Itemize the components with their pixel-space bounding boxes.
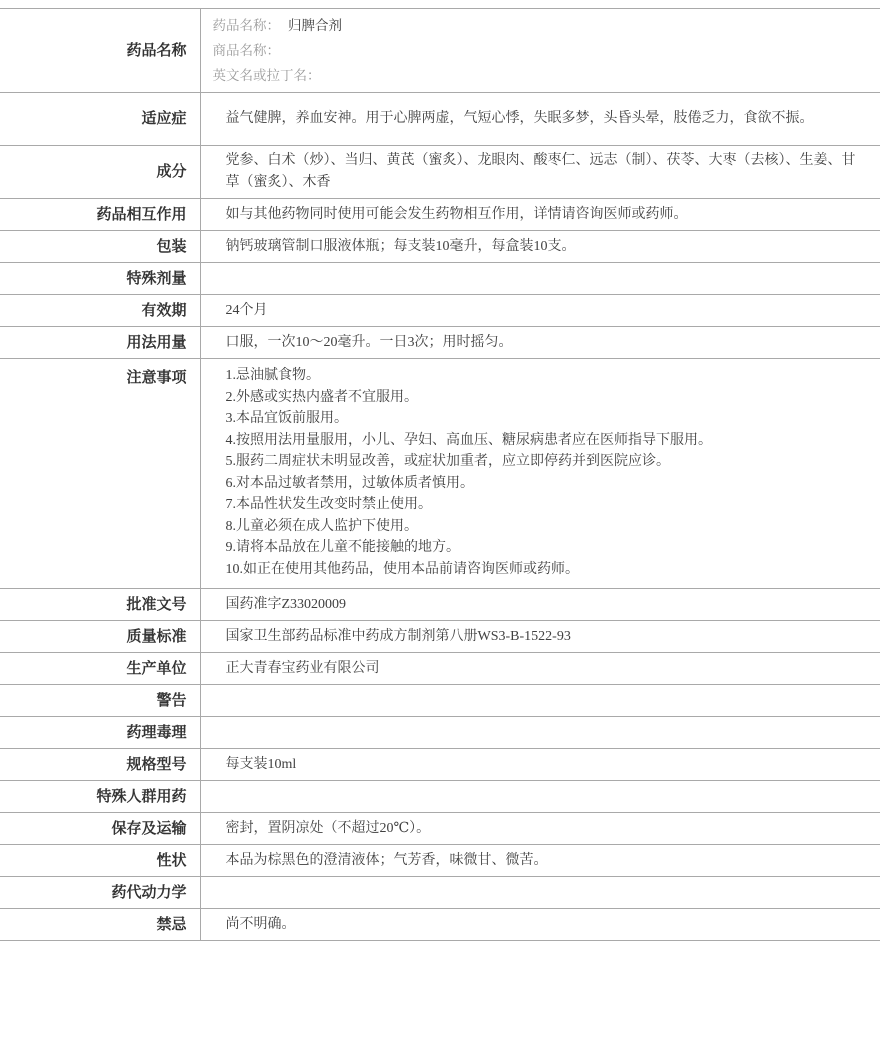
table-row-contraindications: 禁忌 尚不明确。 xyxy=(0,909,880,941)
precaution-item: 6.对本品过敏者禁用，过敏体质者慎用。 xyxy=(226,473,865,495)
table-row-manufacturer: 生产单位 正大青春宝药业有限公司 xyxy=(0,653,880,685)
row-label: 保存及运输 xyxy=(0,813,200,845)
table-row-drug-name: 药品名称 药品名称：归脾合剂 商品名称： 英文名或拉丁名： xyxy=(0,9,880,93)
table-row-precautions: 注意事项 1.忌油腻食物。 2.外感或实热内盛者不宜服用。 3.本品宜饭前服用。… xyxy=(0,359,880,589)
table-row-quality-standard: 质量标准 国家卫生部药品标准中药成方制剂第八册WS3-B-1522-93 xyxy=(0,621,880,653)
table-row-pharmacology-toxicology: 药理毒理 xyxy=(0,717,880,749)
row-value: 益气健脾，养血安神。用于心脾两虚，气短心悸，失眠多梦，头昏头晕，肢倦乏力，食欲不… xyxy=(200,93,880,146)
row-label: 用法用量 xyxy=(0,327,200,359)
row-label: 性状 xyxy=(0,845,200,877)
precaution-item: 9.请将本品放在儿童不能接触的地方。 xyxy=(226,537,865,559)
row-value: 如与其他药物同时使用可能会发生药物相互作用，详情请咨询医师或药师。 xyxy=(200,199,880,231)
row-label: 药品相互作用 xyxy=(0,199,200,231)
row-value: 1.忌油腻食物。 2.外感或实热内盛者不宜服用。 3.本品宜饭前服用。 4.按照… xyxy=(200,359,880,589)
row-label: 药代动力学 xyxy=(0,877,200,909)
row-label: 特殊剂量 xyxy=(0,263,200,295)
table-row-shelf-life: 有效期 24个月 xyxy=(0,295,880,327)
table-row-storage-transport: 保存及运输 密封，置阴凉处（不超过20℃）。 xyxy=(0,813,880,845)
row-value xyxy=(200,263,880,295)
table-row-usage-dosage: 用法用量 口服，一次10～20毫升。一日3次；用时摇匀。 xyxy=(0,327,880,359)
row-value xyxy=(200,717,880,749)
row-label: 禁忌 xyxy=(0,909,200,941)
row-label: 有效期 xyxy=(0,295,200,327)
row-value: 每支装10ml xyxy=(200,749,880,781)
precaution-item: 3.本品宜饭前服用。 xyxy=(226,408,865,430)
drug-name-prefix: 药品名称： xyxy=(213,18,281,33)
table-row-approval-number: 批准文号 国药准字Z33020009 xyxy=(0,589,880,621)
drug-name-value: 归脾合剂 xyxy=(288,18,342,33)
precaution-item: 5.服药二周症状未明显改善，或症状加重者，应立即停药并到医院应诊。 xyxy=(226,451,865,473)
row-label: 质量标准 xyxy=(0,621,200,653)
latin-name-prefix: 英文名或拉丁名： xyxy=(213,68,321,83)
table-row-indications: 适应症 益气健脾，养血安神。用于心脾两虚，气短心悸，失眠多梦，头昏头晕，肢倦乏力… xyxy=(0,93,880,146)
table-row-special-dosage: 特殊剂量 xyxy=(0,263,880,295)
row-label: 规格型号 xyxy=(0,749,200,781)
precaution-item: 1.忌油腻食物。 xyxy=(226,365,865,387)
row-value: 本品为棕黑色的澄清液体；气芳香，味微甘、微苦。 xyxy=(200,845,880,877)
row-label: 包装 xyxy=(0,231,200,263)
table-row-pharmacokinetics: 药代动力学 xyxy=(0,877,880,909)
row-value: 口服，一次10～20毫升。一日3次；用时摇匀。 xyxy=(200,327,880,359)
drug-info-table: 药品名称 药品名称：归脾合剂 商品名称： 英文名或拉丁名： 适应症 益气健脾，养… xyxy=(0,8,880,941)
row-value: 党参、白术（炒）、当归、黄芪（蜜炙）、龙眼肉、酸枣仁、远志（制）、茯苓、大枣（去… xyxy=(200,146,880,199)
precaution-item: 8.儿童必须在成人监护下使用。 xyxy=(226,516,865,538)
precaution-item: 2.外感或实热内盛者不宜服用。 xyxy=(226,387,865,409)
row-label: 警告 xyxy=(0,685,200,717)
row-label: 生产单位 xyxy=(0,653,200,685)
latin-name-line: 英文名或拉丁名： xyxy=(213,63,865,88)
row-value xyxy=(200,877,880,909)
row-value: 国药准字Z33020009 xyxy=(200,589,880,621)
row-value xyxy=(200,685,880,717)
precaution-item: 4.按照用法用量服用，小儿、孕妇、高血压、糖尿病患者应在医师指导下服用。 xyxy=(226,430,865,452)
table-row-ingredients: 成分 党参、白术（炒）、当归、黄芪（蜜炙）、龙眼肉、酸枣仁、远志（制）、茯苓、大… xyxy=(0,146,880,199)
row-label: 成分 xyxy=(0,146,200,199)
row-label: 药理毒理 xyxy=(0,717,200,749)
row-value: 国家卫生部药品标准中药成方制剂第八册WS3-B-1522-93 xyxy=(200,621,880,653)
row-value: 尚不明确。 xyxy=(200,909,880,941)
drug-name-line: 药品名称：归脾合剂 xyxy=(213,13,865,38)
table-row-properties: 性状 本品为棕黑色的澄清液体；气芳香，味微甘、微苦。 xyxy=(0,845,880,877)
row-label: 注意事项 xyxy=(0,359,200,589)
table-row-specification: 规格型号 每支装10ml xyxy=(0,749,880,781)
row-label: 药品名称 xyxy=(0,9,200,93)
row-label: 特殊人群用药 xyxy=(0,781,200,813)
table-row-interactions: 药品相互作用 如与其他药物同时使用可能会发生药物相互作用，详情请咨询医师或药师。 xyxy=(0,199,880,231)
precaution-item: 10.如正在使用其他药品，使用本品前请咨询医师或药师。 xyxy=(226,559,865,581)
row-label: 适应症 xyxy=(0,93,200,146)
row-value: 密封，置阴凉处（不超过20℃）。 xyxy=(200,813,880,845)
row-value xyxy=(200,781,880,813)
trade-name-line: 商品名称： xyxy=(213,38,865,63)
row-value: 24个月 xyxy=(200,295,880,327)
trade-name-prefix: 商品名称： xyxy=(213,43,281,58)
table-row-packaging: 包装 钠钙玻璃管制口服液体瓶；每支装10毫升，每盒装10支。 xyxy=(0,231,880,263)
precaution-item: 7.本品性状发生改变时禁止使用。 xyxy=(226,494,865,516)
table-row-warning: 警告 xyxy=(0,685,880,717)
table-row-special-population: 特殊人群用药 xyxy=(0,781,880,813)
row-value: 药品名称：归脾合剂 商品名称： 英文名或拉丁名： xyxy=(200,9,880,93)
row-value: 正大青春宝药业有限公司 xyxy=(200,653,880,685)
row-value: 钠钙玻璃管制口服液体瓶；每支装10毫升，每盒装10支。 xyxy=(200,231,880,263)
row-label: 批准文号 xyxy=(0,589,200,621)
